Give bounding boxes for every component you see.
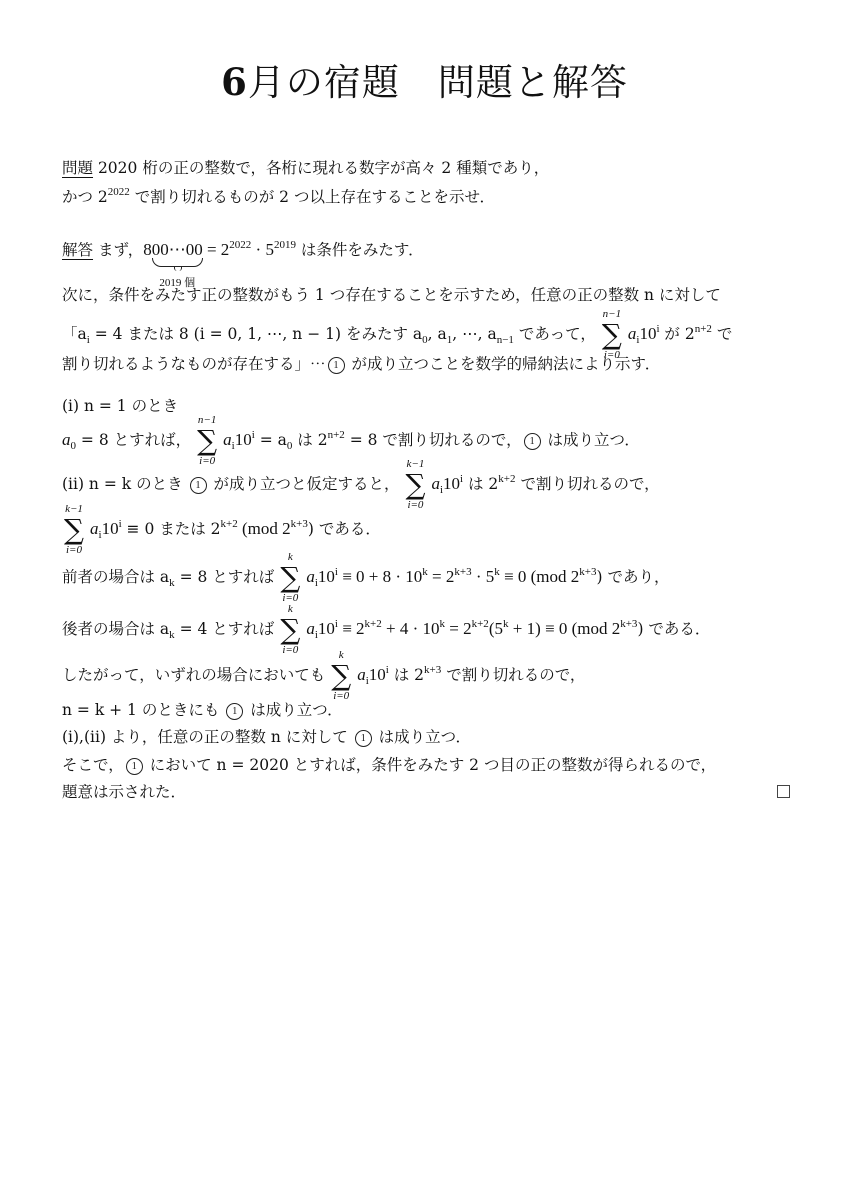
symbols-lim-n1: n−1 (187, 415, 227, 426)
symbols-sigma: ∑ (598, 322, 626, 348)
circled-one: 1 (328, 357, 345, 374)
answer-thus-c: 10 (369, 665, 386, 684)
symbols-sigma: ∑ (276, 565, 304, 591)
answer-label: 解答 (62, 241, 93, 259)
answer-mod-b: 10 (102, 519, 119, 538)
answer-l2: 次に，条件をみたす正の整数がもう 1 つ存在することを示すため，任意の正の整数 … (62, 286, 721, 304)
answer-l3-exp: n+2 (695, 323, 712, 335)
answer-former-h: ≡ 0 (mod 2 (500, 567, 579, 586)
answer-case2-exp: k+2 (498, 473, 515, 485)
title-rest: 月の宿題 問題と解答 (248, 61, 628, 104)
symbols-circled-one: 1 (126, 758, 143, 775)
symbols-circled-one: 1 (190, 477, 207, 494)
answer-case1-exp: n+2 (328, 429, 345, 441)
answer-mod-c: ≡ 0 または 2 (122, 520, 221, 538)
answer-line-3: 「ai = 4 または 8 (i = 0, 1, ⋯, n − 1) をみたす … (62, 322, 732, 348)
answer-first-num-body: 00⋯00 (152, 240, 203, 259)
answer-thus-exp: k+3 (424, 664, 441, 676)
answer-mod-exp: k+2 (221, 518, 238, 530)
answer-concl3: 題意は示された． (62, 783, 186, 801)
answer-line-1: 解答 まず，800⋯002019 個 = 22022 · 52019 は条件をみ… (62, 240, 424, 260)
answer-latter-d: 10 (318, 619, 335, 638)
answer-concl1-b: は成り立つ． (374, 728, 471, 746)
answer-former-g: · 5 (472, 567, 495, 586)
answer-l4: 割り切れるようなものが存在する」⋯ (62, 355, 326, 373)
answer-former-c: a (306, 567, 315, 586)
answer-mod-d: (mod 2 (238, 519, 291, 538)
answer-mod-exp2: k+3 (291, 518, 308, 530)
answer-latter-b: = 4 とすれば (175, 620, 275, 638)
case-2-line: (ii) n = k のとき 1 が成り立つと仮定すると，k−1∑i=0ai10… (62, 472, 660, 498)
sum-element: k∑i=0 (276, 565, 304, 591)
document-page: 6月の宿題 問題と解答 問題 2020 桁の正の整数で，各桁に現れる数字が高々 … (0, 0, 849, 1200)
problem-line1-a: 2020 桁の正の整数で，各桁に現れる数字が高々 2 種類であり， (93, 159, 549, 177)
answer-l3-d: , ⋯, a (452, 325, 496, 343)
answer-thus-e: で割り切れるので， (441, 666, 585, 684)
answer-concl2-a: そこで， (62, 756, 124, 774)
answer-l3-i: で (712, 325, 732, 343)
answer-case1-c: a (223, 430, 232, 449)
conclusion-line-2: そこで，1 において n = 2020 とすれば，条件をみたす 2 つ目の正の整… (62, 755, 716, 775)
symbols-sigma: ∑ (193, 428, 221, 454)
symbols-sigma: ∑ (401, 472, 429, 498)
answer-latter-e: ≡ 2 (338, 619, 365, 638)
answer-first-a: まず， (93, 241, 143, 259)
answer-case2-f: で割り切れるので， (516, 475, 660, 493)
answer-l3-h: が 2 (660, 325, 695, 343)
answer-case1-h: は成り立つ． (543, 431, 640, 449)
symbols-lim-k: k (321, 650, 361, 661)
answer-former-d: 10 (318, 567, 335, 586)
sum-element: k∑i=0 (327, 663, 355, 689)
answer-former-f: = 2 (428, 567, 455, 586)
latter-case-line: 後者の場合は ak = 4 とすればk∑i=0ai10i ≡ 2k+2 + 4 … (62, 617, 710, 643)
title-num: 6 (221, 60, 248, 104)
answer-next-b: は成り立つ． (245, 701, 342, 719)
answer-concl1-a: (i),(ii) より，任意の正の整数 n に対して (62, 728, 353, 746)
symbols-lim-i0: i=0 (54, 545, 94, 556)
under-element (152, 258, 203, 267)
answer-latter-f: + 4 · 10 (382, 619, 440, 638)
case-1-body: a0 = 8 とすれば，n−1∑i=0ai10i = a0 は 2n+2 = 8… (62, 428, 640, 454)
problem-line2-exp: 2022 (108, 186, 130, 198)
induction-step-conclusion: n = k + 1 のときにも 1 は成り立つ． (62, 700, 343, 720)
answer-first-eq: = 2 (203, 240, 230, 259)
symbols-sigma: ∑ (276, 617, 304, 643)
sum-element: k∑i=0 (276, 617, 304, 643)
symbols-lim-k1: k−1 (395, 459, 435, 470)
symbols-circled-one: 1 (524, 433, 541, 450)
answer-latter-a: 後者の場合は a (62, 620, 169, 638)
answer-case2-a: (ii) n = k のとき (62, 475, 188, 493)
symbols-lim-k: k (270, 604, 310, 615)
problem-line2-a: かつ 2 (62, 188, 108, 206)
answer-first-num-head: 8 (143, 240, 152, 259)
problem-line2-b: で割り切れるものが 2 つ以上存在することを示せ． (130, 188, 495, 206)
answer-latter-h: (5 (489, 619, 503, 638)
answer-case2-d: 10 (443, 474, 460, 493)
symbols-lim-n1: n−1 (592, 309, 632, 320)
answer-first-exp1: 2022 (229, 239, 251, 251)
answer-next-a: n = k + 1 のときにも (62, 701, 224, 719)
answer-case1-b: = 8 とすれば， (76, 431, 191, 449)
symbols-lim-k1: k−1 (54, 504, 94, 515)
answer-case2-c: a (431, 474, 440, 493)
summation: n−1∑i=0 (598, 322, 626, 348)
symbols-k-plus-3: k+3 (454, 566, 471, 578)
symbols-sub-n1: n−1 (497, 334, 514, 346)
symbols-circled-one: 1 (226, 703, 243, 720)
answer-first-b: は条件をみたす． (296, 241, 424, 259)
qed-square-icon (777, 785, 790, 798)
answer-line-4: 割り切れるようなものが存在する」⋯1 が成り立つことを数学的帰納法により示す． (62, 354, 660, 374)
former-case-line: 前者の場合は ak = 8 とすればk∑i=0ai10i ≡ 0 + 8 · 1… (62, 565, 669, 591)
symbols-lim-i0: i=0 (187, 456, 227, 467)
answer-latter-c: a (306, 619, 315, 638)
underbrace: 00⋯002019 個 (152, 240, 203, 260)
answer-first-exp2: 2019 (274, 239, 296, 251)
symbols-lim-k: k (270, 552, 310, 563)
case-1-heading: (i) n = 1 のとき (62, 396, 178, 416)
answer-case2-e: は 2 (463, 475, 498, 493)
symbols-k-plus-3: k+3 (579, 566, 596, 578)
sum-element: n−1∑i=0 (193, 428, 221, 454)
answer-former-a: 前者の場合は a (62, 568, 169, 586)
answer-first-dot: · 5 (251, 240, 274, 259)
answer-thus-d: は 2 (389, 666, 424, 684)
answer-case1-e: = a (255, 431, 287, 449)
conclusion-line-3: 題意は示された． (62, 782, 186, 802)
answer-former-i: ) であり， (596, 568, 669, 586)
answer-case1-d: 10 (235, 430, 252, 449)
answer-case2-b: が成り立つと仮定すると， (209, 475, 400, 493)
symbols-sigma: ∑ (60, 517, 88, 543)
thus-line: したがって，いずれの場合においてもk∑i=0ai10i は 2k+3 で割り切れ… (62, 663, 585, 689)
mod-line: k−1∑i=0ai10i ≡ 0 または 2k+2 (mod 2k+3) である… (58, 517, 381, 543)
answer-l3-b: = 4 または 8 (i = 0, 1, ⋯, n − 1) をみたす a (90, 325, 422, 343)
symbols-k-plus-2: k+2 (365, 618, 382, 630)
answer-mod-e: ) である． (308, 520, 381, 538)
conclusion-line-1: (i),(ii) より，任意の正の整数 n に対して 1 は成り立つ． (62, 727, 471, 747)
sum-element: k−1∑i=0 (60, 517, 88, 543)
problem-line-2: かつ 22022 で割り切れるものが 2 つ以上存在することを示せ． (62, 187, 495, 207)
symbols-sigma: ∑ (327, 663, 355, 689)
symbols-lim-i0: i=0 (395, 500, 435, 511)
symbols-lim-i0: i=0 (270, 645, 310, 656)
answer-thus-b: a (357, 665, 366, 684)
answer-latter-j: ) である． (637, 620, 710, 638)
answer-case1-a: a (62, 430, 71, 449)
answer-line-2: 次に，条件をみたす正の整数がもう 1 つ存在することを示すため，任意の正の整数 … (62, 285, 721, 305)
answer-case1-g: = 8 で割り切れるので， (345, 431, 522, 449)
problem-line-1: 問題 2020 桁の正の整数で，各桁に現れる数字が高々 2 種類であり， (62, 158, 549, 178)
symbols-circled-one: 1 (355, 730, 372, 747)
answer-case1-f: は 2 (292, 431, 327, 449)
answer-former-e: ≡ 0 + 8 · 10 (338, 567, 422, 586)
answer-l3-c: , a (428, 325, 447, 343)
symbols-k-plus-2: k+2 (472, 618, 489, 630)
sum-element: k−1∑i=0 (401, 472, 429, 498)
answer-latter-i: + 1) ≡ 0 (mod 2 (508, 619, 620, 638)
answer-l3-a: 「a (62, 325, 87, 343)
answer-former-b: = 8 とすれば (175, 568, 275, 586)
answer-concl2-b: において n = 2020 とすれば，条件をみたす 2 つ目の正の整数が得られる… (145, 756, 716, 774)
answer-case1-head: (i) n = 1 のとき (62, 397, 178, 415)
answer-mod-a: a (90, 519, 99, 538)
answer-l4-b: が成り立つことを数学的帰納法により示す． (347, 355, 661, 373)
symbols-k-plus-3: k+3 (620, 618, 637, 630)
answer-thus-a: したがって，いずれの場合においても (62, 666, 325, 684)
problem-label: 問題 (62, 159, 93, 177)
answer-l3-g: 10 (639, 324, 656, 343)
page-title: 6月の宿題 問題と解答 (0, 52, 849, 106)
answer-l3-e: であって， (514, 325, 596, 343)
answer-latter-g: = 2 (445, 619, 472, 638)
